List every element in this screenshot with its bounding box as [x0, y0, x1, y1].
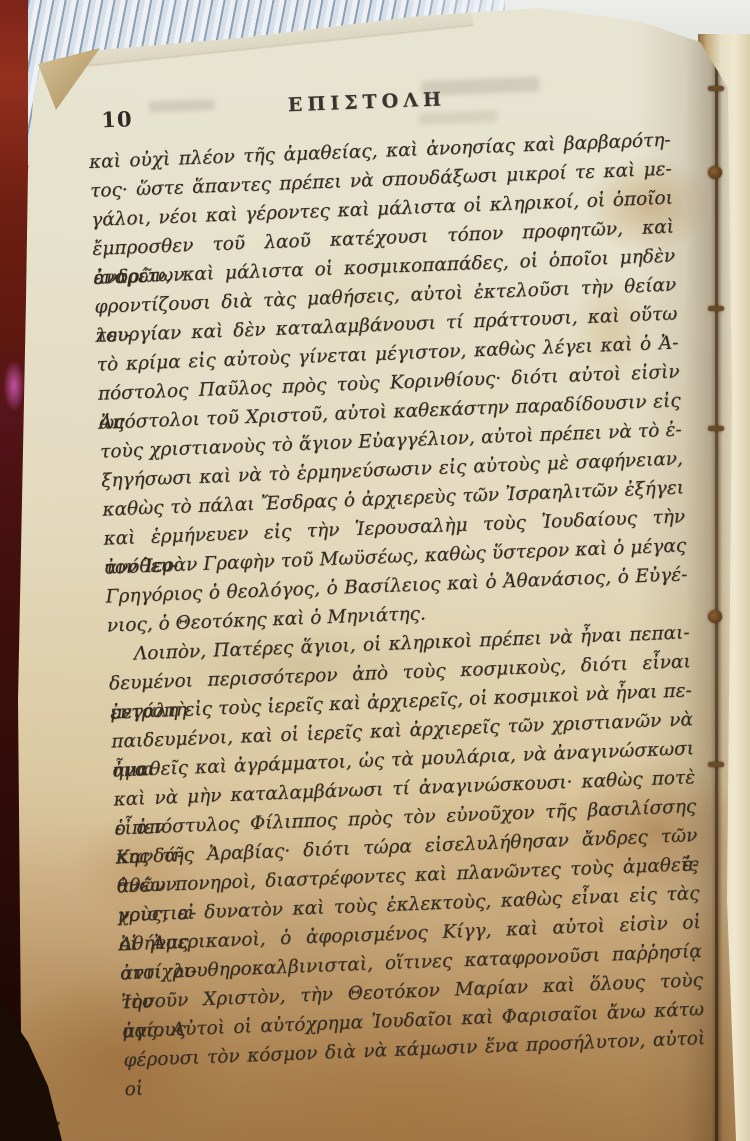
stitch-knot [708, 166, 722, 179]
book-page-photo: 10 ΕΠΙΣΤΟΛΗ καὶ οὐχὶ πλέον τῆς ἀμαθείας,… [0, 0, 750, 1141]
book-page: 10 ΕΠΙΣΤΟΛΗ καὶ οὐχὶ πλέον τῆς ἀμαθείας,… [0, 0, 750, 1141]
body-text: καὶ οὐχὶ πλέον τῆς ἀμαθείας, καὶ ἀνοησία… [88, 126, 705, 1076]
stitch-knot [708, 610, 722, 623]
stitch-hole [708, 762, 724, 767]
stitch-hole [708, 426, 724, 431]
printed-content: 10 ΕΠΙΣΤΟΛΗ καὶ οὐχὶ πλέον τῆς ἀμαθείας,… [86, 62, 706, 1084]
stitch-hole [708, 86, 724, 91]
ink-show-through [417, 110, 497, 125]
stitch-hole [708, 306, 724, 311]
